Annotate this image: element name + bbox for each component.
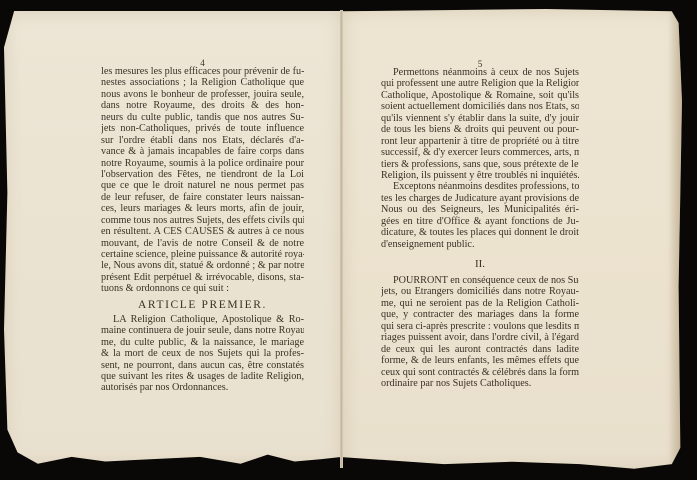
text-line: Permettons néanmoins à ceux de nos Sujet…: [381, 67, 579, 78]
text-line: ordinaire par nos Sujets Catholiques.: [381, 378, 579, 389]
text-line: le, Nous avons dit, statué & ordonné ; &…: [101, 260, 304, 271]
text-line: de leur refuser, de faire constater leur…: [101, 192, 304, 203]
text-line: Catholique, Apostolique & Romaine, soit …: [381, 90, 579, 101]
text-line: que suivant les rites & usages de ladite…: [101, 371, 304, 382]
paragraph-permissions: Permettons néanmoins à ceux de nos Sujet…: [381, 67, 579, 250]
text-line: neurs du culte public, tandis que nos au…: [101, 112, 304, 123]
text-line: certaine science, pleine puissance & aut…: [101, 249, 304, 260]
text-line: ceux qui sont contractés & célébrés dans…: [381, 367, 579, 378]
text-line: jets, ou Etrangers domiciliés dans notre…: [381, 286, 579, 297]
text-line: sur l'ordre établi dans nos Etats, décla…: [101, 135, 304, 146]
text-line: de tous les biens & droits qui peuvent o…: [381, 124, 579, 135]
text-line: Nous ou des Seigneurs, les Municipalités…: [381, 204, 579, 215]
text-line: qu'ils viennent s'y établir dans la suit…: [381, 113, 579, 124]
text-line: nestes associations ; la Religion Cathol…: [101, 77, 304, 88]
left-page-text: 4 les mesures les plus efficaces pour pr…: [101, 59, 304, 394]
paragraph-preamble: les mesures les plus efficaces pour prév…: [101, 66, 304, 295]
text-line: notre Royaume, soumis à la police ordina…: [101, 158, 304, 169]
text-line: en résultent. A CES CAUSES & autres à ce…: [101, 226, 304, 237]
text-line: de ceux qui les auront contractés dans l…: [381, 344, 579, 355]
page-number: 5: [381, 60, 579, 67]
text-line: dicature, & toutes les places qui donnen…: [381, 227, 579, 238]
text-line: maine continuera de jouir seule, dans no…: [101, 325, 304, 336]
text-line: me, qui ne seroient pas de la Religion C…: [381, 298, 579, 309]
text-line: qui sera ci-après prescrite : voulons qu…: [381, 321, 579, 332]
text-line: dans notre Royaume, des droits & des hon…: [101, 100, 304, 111]
text-line: mouvant, de l'avis de notre Conseil & de…: [101, 238, 304, 249]
paragraph-article-2: POURRONT en conséquence ceux de nos Su- …: [381, 275, 579, 389]
text-line: forme, & de leurs enfants, les mêmes eff…: [381, 355, 579, 366]
book-gutter: [340, 10, 343, 468]
text-line: successif, & d'y exercer leurs commerces…: [381, 147, 579, 158]
text-line: soient actuellement domiciliés dans nos …: [381, 101, 579, 112]
text-line: d'enseignement public.: [381, 239, 579, 250]
text-line: ront leur appartenir à titre de propriét…: [381, 136, 579, 147]
text-line: nous avons le bonheur de professer, joui…: [101, 89, 304, 100]
text-line: que ce que le droit naturel ne nous perm…: [101, 180, 304, 191]
text-line: sent, ne pourront, dans aucun cas, être …: [101, 360, 304, 371]
text-line: présent Edit perpétuel & irrévocable, di…: [101, 272, 304, 283]
text-line: Exceptons néanmoins desdites professions…: [381, 181, 579, 192]
text-line: riages puissent avoir, dans l'ordre civi…: [381, 332, 579, 343]
text-line: vance & à jamais incapables de faire cor…: [101, 146, 304, 157]
text-line: tuons & ordonnons ce qui suit :: [101, 283, 304, 294]
text-line: qui professent une autre Religion que la…: [381, 78, 579, 89]
text-line: l'observation des Fêtes, ne tiendront de…: [101, 169, 304, 180]
text-line: gées en titre d'Office & ayant fonctions…: [381, 216, 579, 227]
text-line: les mesures les plus efficaces pour prév…: [101, 66, 304, 77]
text-line: tes les charges de Judicature ayant prov…: [381, 193, 579, 204]
page-edge-shadow: [668, 9, 682, 471]
text-line: ces, leurs mariages & leurs morts, afin …: [101, 203, 304, 214]
text-line: que, y contracter des mariages dans la f…: [381, 309, 579, 320]
right-page-text: 5 Permettons néanmoins à ceux de nos Suj…: [381, 60, 579, 389]
text-line: & la mort de ceux de nos Sujets qui la p…: [101, 348, 304, 359]
text-line: me, du culte public, & la naissance, le …: [101, 337, 304, 348]
text-line: comme tous nos autres Sujets, des effets…: [101, 215, 304, 226]
article-heading: II.: [381, 256, 579, 275]
text-line: LA Religion Catholique, Apostolique & Ro…: [101, 314, 304, 325]
paragraph-article-1: LA Religion Catholique, Apostolique & Ro…: [101, 314, 304, 394]
text-line: autorisés par nos Ordonnances.: [101, 382, 304, 393]
text-line: jets non-Catholiques, privés de toute in…: [101, 123, 304, 134]
page-number: 4: [101, 59, 304, 66]
text-line: POURRONT en conséquence ceux de nos Su-: [381, 275, 579, 286]
text-line: tiers & professions, sans que, sous prét…: [381, 159, 579, 170]
text-line: Religion, ils puissent y être troublés n…: [381, 170, 579, 181]
article-heading: ARTICLE PREMIER.: [101, 297, 304, 314]
